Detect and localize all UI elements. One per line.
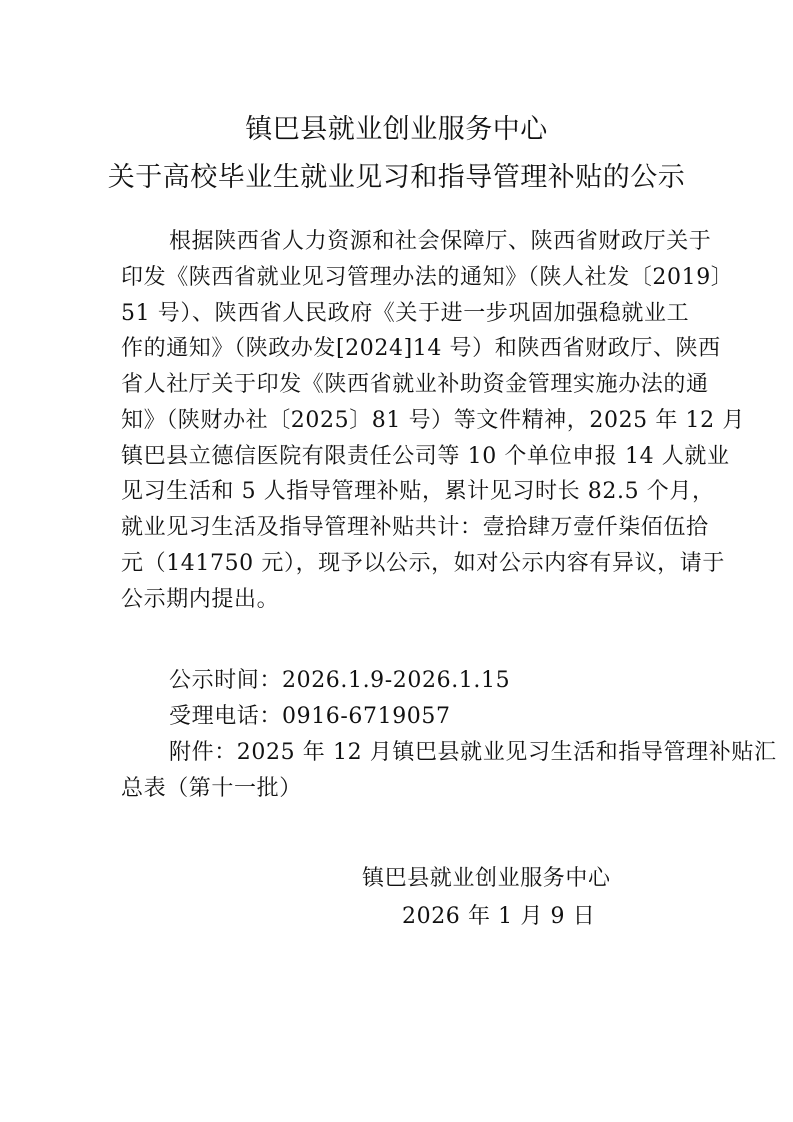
document-page: 镇巴县就业创业服务中心 关于高校毕业生就业见习和指导管理补贴的公示 根据陕西省人… (0, 0, 793, 1122)
body-line: 作的通知》（陕政办发[2024]14 号）和陕西省财政厅、陕西 (121, 335, 674, 363)
signature-date: 2026 年 1 月 9 日 (402, 903, 595, 931)
body-line: 印发《陕西省就业见习管理办法的通知》（陕人社发〔2019〕 (121, 264, 674, 292)
body-line: 就业见习生活及指导管理补贴共计：壹拾肆万壹仟柒佰伍拾 (121, 514, 674, 542)
body-line: 知》（陕财办社〔2025〕81 号）等文件精神，2025 年 12 月 (121, 407, 674, 435)
publicity-period: 公示时间：2026.1.9-2026.1.15 (169, 667, 674, 695)
body-line: 公示期内提出。 (121, 586, 674, 614)
notice-title: 关于高校毕业生就业见习和指导管理补贴的公示 (0, 160, 793, 196)
body-line: 51 号）、陕西省人民政府《关于进一步巩固加强稳就业工 (121, 300, 674, 328)
contact-phone: 受理电话：0916-6719057 (169, 703, 674, 731)
body-line: 见习生活和 5 人指导管理补贴，累计见习时长 82.5 个月， (121, 478, 674, 506)
attachment-line: 附件：2025 年 12 月镇巴县就业见习生活和指导管理补贴汇 (169, 739, 674, 767)
signature-organization: 镇巴县就业创业服务中心 (362, 865, 611, 893)
body-line: 省人社厅关于印发《陕西省就业补助资金管理实施办法的通 (121, 371, 674, 399)
body-line: 镇巴县立德信医院有限责任公司等 10 个单位申报 14 人就业 (121, 443, 674, 471)
issuer-title: 镇巴县就业创业服务中心 (0, 112, 793, 148)
body-line: 元（141750 元），现予以公示，如对公示内容有异议，请于 (121, 550, 674, 578)
attachment-line-continued: 总表（第十一批） (121, 775, 674, 803)
body-line: 根据陕西省人力资源和社会保障厅、陕西省财政厅关于 (169, 228, 674, 256)
